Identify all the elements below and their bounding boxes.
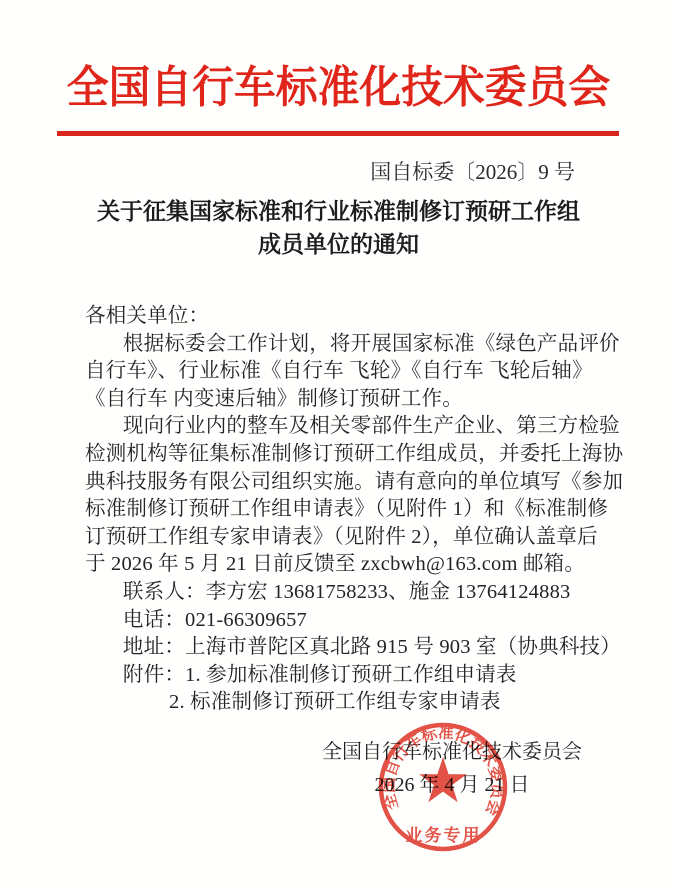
notice-body: 各相关单位： 根据标委会工作计划，将开展国家标准《绿色产品评价自行车》、行业标准…	[85, 303, 605, 717]
body-line: 《自行车 内变速后轴》制修订预研工作。	[85, 386, 605, 414]
notice-title-line1: 关于征集国家标准和行业标准制修订预研工作组	[0, 195, 677, 228]
header-org-name: 全国自行车标准化技术委员会	[17, 58, 660, 118]
seal-bottom-text: 业务专用	[406, 825, 482, 845]
body-line: 2. 标准制修订预研工作组专家申请表	[85, 689, 605, 717]
body-line: 于 2026 年 5 月 21 日前反馈至 zxcbwh@163.com 邮箱。	[85, 551, 605, 579]
body-line: 附件：1. 参加标准制修订预研工作组申请表	[85, 662, 605, 690]
body-line: 联系人：李方宏 13681758233、施金 13764124883	[85, 579, 605, 607]
body-line: 根据标委会工作计划，将开展国家标准《绿色产品评价	[85, 331, 605, 359]
notice-title-line2: 成员单位的通知	[0, 228, 677, 261]
body-lines: 根据标委会工作计划，将开展国家标准《绿色产品评价自行车》、行业标准《自行车 飞轮…	[85, 331, 605, 717]
body-line: 标准制修订预研工作组申请表》（见附件 1）和《标准制修	[85, 496, 605, 524]
body-line: 检测机构等征集标准制修订预研工作组成员，并委托上海协	[85, 441, 605, 469]
seal-star-icon	[419, 757, 467, 802]
doc-number: 国自标委〔2026〕9 号	[0, 157, 575, 187]
body-line: 电话：021-66309657	[85, 607, 605, 635]
body-line: 典科技服务有限公司组织实施。请有意向的单位填写《参加	[85, 469, 605, 497]
notice-title: 关于征集国家标准和行业标准制修订预研工作组 成员单位的通知	[0, 195, 677, 261]
salutation: 各相关单位：	[85, 303, 605, 331]
body-line: 地址：上海市普陀区真北路 915 号 903 室（协典科技）	[85, 634, 605, 662]
document-page: 全国自行车标准化技术委员会 国自标委〔2026〕9 号 关于征集国家标准和行业标…	[0, 0, 677, 895]
official-seal: 全国自行车标准化技术委员会 业务专用	[375, 714, 511, 860]
body-line: 订预研工作组专家申请表》（见附件 2），单位确认盖章后	[85, 524, 605, 552]
body-line: 现向行业内的整车及相关零部件生产企业、第三方检验	[85, 413, 605, 441]
body-line: 自行车》、行业标准《自行车 飞轮》《自行车 飞轮后轴》	[85, 358, 605, 386]
red-divider	[57, 131, 619, 136]
